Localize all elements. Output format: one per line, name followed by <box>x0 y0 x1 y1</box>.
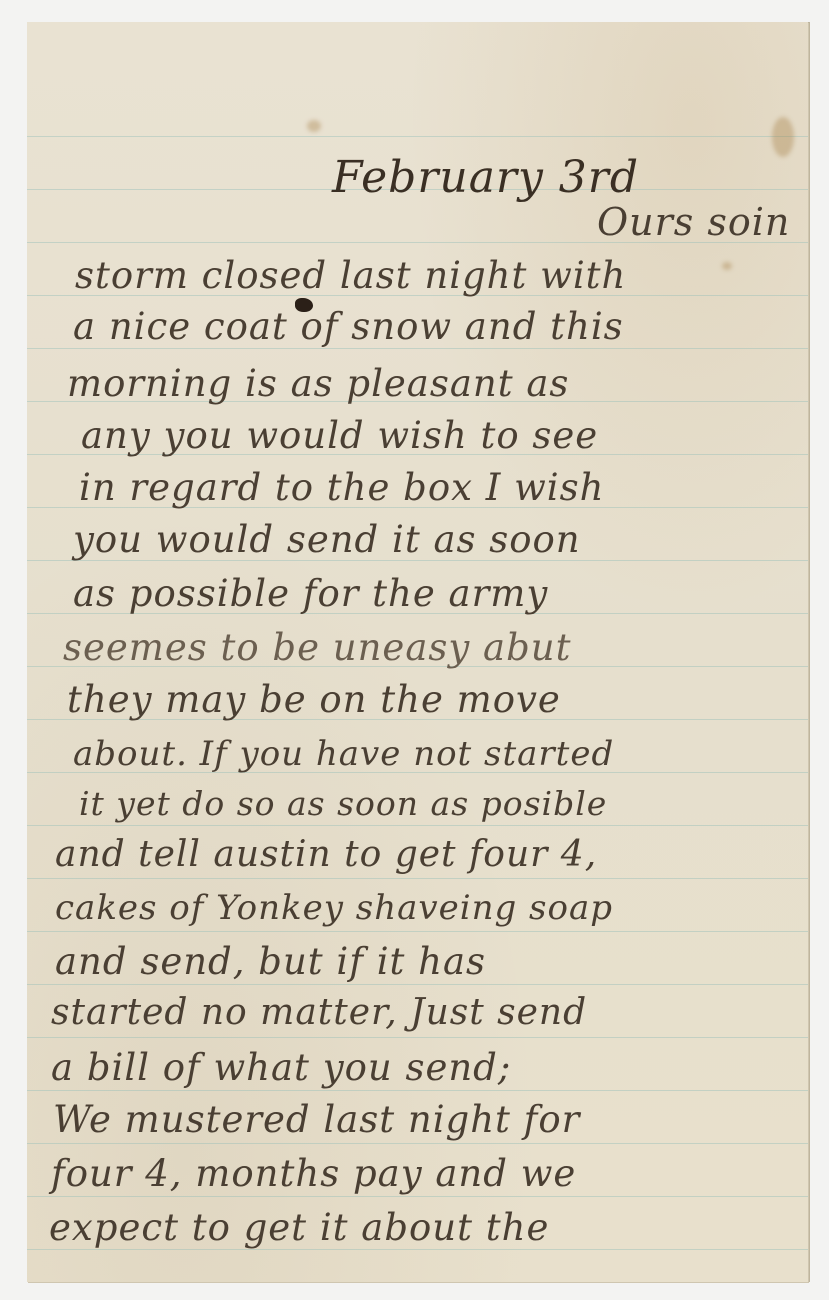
letter-line: and send, but if it has <box>55 940 486 983</box>
date-line: February 3rd <box>332 152 639 203</box>
ruled-line <box>27 1090 808 1091</box>
ruled-line <box>27 1196 808 1197</box>
stain <box>722 262 732 270</box>
ruled-line <box>27 136 808 137</box>
ruled-line <box>27 348 808 349</box>
letter-line: We mustered last night for <box>53 1098 580 1141</box>
letter-line: seemes to be uneasy abut <box>63 626 571 669</box>
ruled-line <box>27 984 808 985</box>
letter-line: started no matter, Just send <box>51 992 587 1033</box>
letter-line: cakes of Yonkey shaveing soap <box>55 888 613 928</box>
ruled-line <box>27 878 808 879</box>
letter-line: any you would wish to see <box>81 414 598 457</box>
ruled-line <box>27 1037 808 1038</box>
ruled-line <box>27 1143 808 1144</box>
letter-line: it yet do so as soon as posible <box>79 784 607 823</box>
stain <box>772 117 794 157</box>
letter-line: storm closed last night with <box>75 254 626 297</box>
letter-line: four 4, months pay and we <box>51 1152 576 1195</box>
letter-line: about. If you have not started <box>73 734 614 774</box>
letter-line: expect to get it about the <box>49 1206 549 1249</box>
letter-page: February 3rd Ours soin storm closed last… <box>27 22 808 1282</box>
letter-line: and tell austin to get four 4, <box>55 834 597 875</box>
letter-line: a bill of what you send; <box>51 1046 511 1089</box>
letter-line: you would send it as soon <box>73 518 581 561</box>
salutation: Ours soin <box>597 200 790 244</box>
ruled-line <box>27 825 808 826</box>
ruled-line <box>27 931 808 932</box>
letter-line: as possible for the army <box>73 572 548 615</box>
letter-line: a nice coat of snow and this <box>73 305 624 348</box>
letter-line: they may be on the move <box>67 678 561 721</box>
ruled-line <box>27 1249 808 1250</box>
stain <box>307 120 321 132</box>
letter-line: in regard to the box I wish <box>79 466 604 509</box>
letter-line: morning is as pleasant as <box>67 362 569 405</box>
